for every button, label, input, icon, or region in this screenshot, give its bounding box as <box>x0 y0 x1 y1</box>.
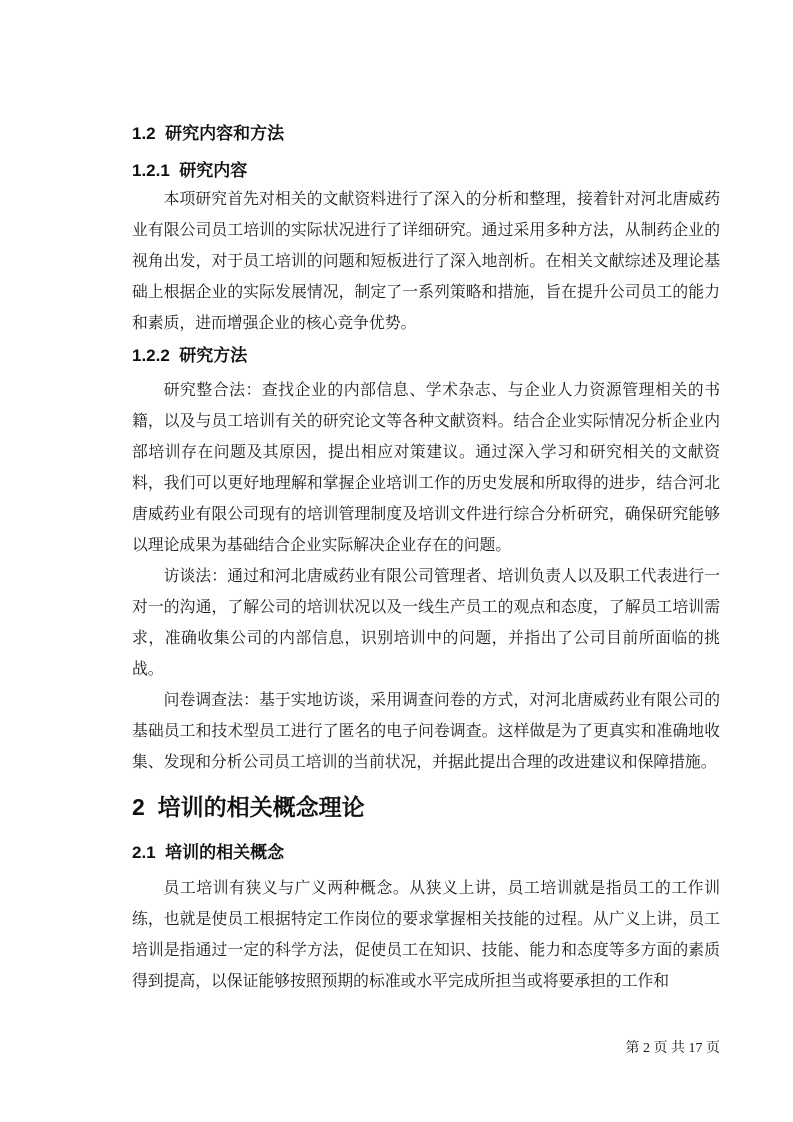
paragraph-research-content: 本项研究首先对相关的文献资料进行了深入的分析和整理，接着针对河北唐威药业有限公司… <box>132 184 720 339</box>
document-body: 1.2 研究内容和方法 1.2.1 研究内容 本项研究首先对相关的文献资料进行了… <box>132 121 720 997</box>
heading-1-2-1-research-content: 1.2.1 研究内容 <box>132 158 720 184</box>
heading-2-1-training-concepts: 2.1 培训的相关概念 <box>132 840 720 866</box>
paragraph-method-survey: 问卷调查法：基于实地访谈，采用调查问卷的方式，对河北唐威药业有限公司的基础员工和… <box>132 685 720 778</box>
heading-2-training-concept-theory: 2 培训的相关概念理论 <box>132 792 720 822</box>
page-number-footer: 第 2 页 共 17 页 <box>626 1040 721 1058</box>
heading-1-2-2-research-methods: 1.2.2 研究方法 <box>132 343 720 369</box>
document-page: 1.2 研究内容和方法 1.2.1 研究内容 本项研究首先对相关的文献资料进行了… <box>0 0 793 1122</box>
paragraph-method-integration: 研究整合法：查找企业的内部信息、学术杂志、与企业人力资源管理相关的书籍，以及与员… <box>132 375 720 561</box>
heading-1-2-research-content-and-methods: 1.2 研究内容和方法 <box>132 121 720 147</box>
paragraph-training-concept: 员工培训有狭义与广义两种概念。从狭义上讲，员工培训就是指员工的工作训练，也就是使… <box>132 873 720 997</box>
paragraph-method-interview: 访谈法：通过和河北唐威药业有限公司管理者、培训负责人以及职工代表进行一对一的沟通… <box>132 561 720 685</box>
